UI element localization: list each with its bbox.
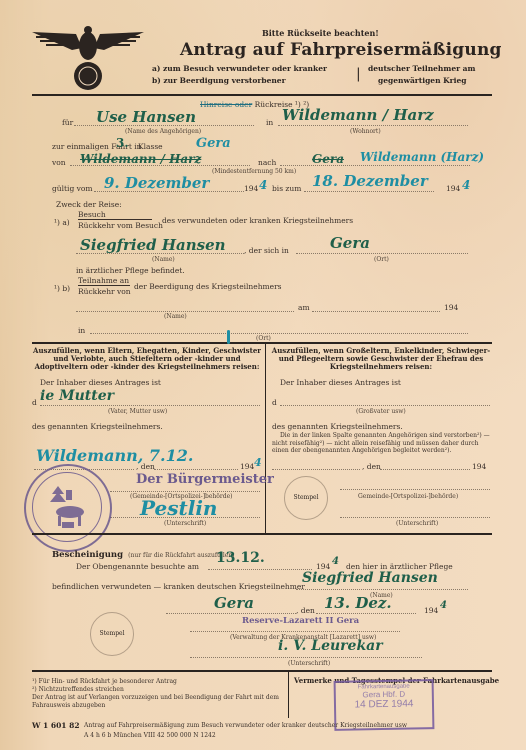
- care-text: in ärztlicher Pflege befindet.: [76, 266, 185, 275]
- funeral-year: 194: [444, 303, 458, 312]
- purpose-b-text: der Beerdigung des Kriegsteilnehmers: [134, 282, 282, 291]
- brace-symbol: |: [356, 62, 361, 86]
- column-divider: [265, 344, 266, 534]
- left-relation-caption: (Vater, Mutter usw): [108, 408, 167, 415]
- cert-line1-pre: Der Obengenannte besuchte am: [76, 562, 199, 571]
- year-from-prefix: 194: [244, 184, 258, 193]
- purpose-b-top: Teilnahme an: [78, 276, 130, 286]
- certification-title-row: Bescheinigung (nur für die Rückfahrt aus…: [52, 542, 235, 561]
- in-label: in: [266, 118, 273, 127]
- distance-caption: (Mindestentfernung 50 km): [212, 168, 296, 175]
- right-date-line[interactable]: [380, 468, 470, 470]
- right-authority-line[interactable]: [340, 488, 490, 490]
- subtitle-right-1: deutscher Teilnehmer am: [368, 64, 475, 73]
- left-authority-line: [110, 490, 260, 492]
- left-den-label: , den: [136, 462, 155, 471]
- nach-field[interactable]: Wildemann (Harz): [360, 150, 484, 164]
- nach-line: [280, 164, 470, 166]
- municipal-seal: [24, 464, 112, 552]
- left-holder-text: Der Inhaber dieses Antrages ist: [40, 378, 161, 387]
- cert-signature-line: [190, 656, 422, 658]
- hospital-stamp: Reserve-Lazarett II Gera: [242, 616, 359, 626]
- year-to-field[interactable]: 4: [462, 178, 470, 192]
- place-field[interactable]: Gera: [330, 234, 370, 252]
- left-year: 194: [240, 462, 254, 471]
- cert-stamp-circle: Stempel: [90, 612, 134, 656]
- von-field[interactable]: Gera: [196, 136, 231, 151]
- left-year-field[interactable]: 4: [254, 456, 262, 469]
- cert-place-line: [166, 612, 296, 614]
- nach-label: nach: [258, 158, 276, 167]
- valid-from-field[interactable]: 9. Dezember: [104, 174, 209, 192]
- purpose-a-bottom: Rückkehr vom Besuch: [78, 221, 163, 230]
- left-soldier-text: des genannten Kriegsteilnehmers.: [32, 422, 163, 431]
- right-stamp-label: Stempel: [285, 494, 327, 501]
- left-relation-field[interactable]: ie Mutter: [40, 388, 114, 404]
- purpose-a-marker: ¹) a): [54, 218, 70, 227]
- fuer-label: für: [62, 118, 73, 127]
- footnote-1: ¹) Für Hin- und Rückfahrt je besonderer …: [32, 678, 284, 686]
- funeral-place-caption: (Ort): [256, 335, 271, 342]
- funeral-date-line[interactable]: [312, 310, 440, 312]
- residence-field[interactable]: Wildemann / Harz: [282, 106, 434, 124]
- cert-stamp-label: Stempel: [91, 630, 133, 637]
- left-place-date-field[interactable]: Wildemann, 7.12.: [36, 446, 193, 465]
- nach-struck: Gera: [312, 152, 344, 166]
- der-sich-in-label: , der sich in: [244, 246, 289, 255]
- purpose-label: Zweck der Reise:: [56, 200, 122, 209]
- cert-date-field[interactable]: 13. Dez.: [324, 594, 392, 612]
- cert-den-label: , den: [296, 606, 315, 615]
- von-struck: Wildemann / Harz: [80, 152, 201, 166]
- soldier-name-field[interactable]: Siegfried Hansen: [80, 236, 226, 254]
- visit-date-line: [208, 568, 312, 570]
- right-place-line[interactable]: [272, 468, 360, 470]
- cert-signature-caption: (Unterschrift): [288, 660, 330, 667]
- valid-to-line: [304, 190, 434, 192]
- left-relation-prefix: d: [32, 398, 37, 407]
- right-relation-caption: (Großvater usw): [356, 408, 406, 415]
- left-date-line: [154, 468, 238, 470]
- form-description: Antrag auf Fahrpreisermäßigung zum Besuc…: [84, 722, 407, 729]
- valid-to-label: bis zum: [272, 184, 301, 193]
- residence-caption: (Wohnort): [350, 128, 381, 135]
- class-label-post: Klasse: [138, 142, 163, 151]
- right-authority-caption: Gemeinde-[Ortspolizei-]behörde): [358, 493, 458, 500]
- right-column-heading: Auszufüllen, wenn Großeltern, Enkelkinde…: [270, 347, 492, 371]
- footnote-3: Der Antrag ist auf Verlangen vorzuzeigen…: [32, 694, 284, 710]
- header-divider: [32, 94, 492, 96]
- year-from-field[interactable]: 4: [259, 178, 267, 192]
- left-relation-line: [40, 404, 260, 406]
- residence-line: [278, 124, 468, 126]
- cert-admin-line: [190, 630, 400, 632]
- print-info: A 4 h 6 b München VIII 42 500 000 N 1242: [84, 732, 216, 739]
- left-signature-line: [110, 516, 260, 518]
- page-title: Antrag auf Fahrpreisermäßigung: [180, 40, 502, 60]
- footer-column-divider: [288, 672, 289, 718]
- subtitle-right-2: gegenwärtigen Krieg: [378, 76, 466, 85]
- right-signature-line[interactable]: [340, 516, 490, 518]
- footer-divider: [32, 670, 492, 672]
- mayor-stamp: Der Bürgermeister: [136, 472, 274, 487]
- year-to-prefix: 194: [446, 184, 460, 193]
- cert-date-line: [316, 612, 416, 614]
- footer-notes: ¹) Für Hin- und Rückfahrt je besonderer …: [32, 678, 284, 710]
- deceased-name-line[interactable]: [76, 310, 294, 312]
- trip-type-struck: Hinreise oder: [200, 100, 252, 109]
- right-den-label: , den: [362, 462, 381, 471]
- name-caption: (Name des Angehörigen): [125, 128, 201, 135]
- deceased-name-caption: (Name): [164, 313, 187, 320]
- cert-year2-prefix: 194: [424, 606, 438, 615]
- cert-signature-field[interactable]: i. V. Leurekar: [278, 638, 383, 654]
- cert-year-field[interactable]: 4: [332, 556, 339, 567]
- right-relation-prefix: d: [272, 398, 277, 407]
- section-divider: [32, 342, 492, 344]
- horse-rider-icon: [46, 484, 90, 530]
- visit-date-field[interactable]: 13.12.: [216, 550, 265, 566]
- right-note: Die in der linken Spalte genannten Angeh…: [272, 432, 490, 455]
- subtitle-a: a) zum Besuch verwundeter oder kranker: [152, 64, 327, 73]
- cert-soldier-field[interactable]: Siegfried Hansen: [302, 570, 438, 586]
- ink-mark: [227, 330, 230, 344]
- cert-line2-pre: befindlichen verwundeten — kranken deuts…: [52, 582, 305, 591]
- class-field[interactable]: 3.: [116, 136, 129, 150]
- von-label: von: [52, 158, 66, 167]
- ticket-stamp-date: 14 DEZ 1944: [336, 698, 432, 711]
- purpose-b-bottom: Rückkehr von: [78, 287, 131, 296]
- cert-place-field[interactable]: Gera: [214, 594, 254, 612]
- right-relation-field[interactable]: [280, 404, 490, 406]
- certification-divider: [32, 533, 492, 535]
- cert-soldier-line: [296, 588, 468, 590]
- document-page: Bitte Rückseite beachten! Antrag auf Fah…: [0, 0, 526, 750]
- am-label: am: [298, 303, 310, 312]
- funeral-in-label: in: [78, 326, 85, 335]
- notice-text: Bitte Rückseite beachten!: [262, 28, 379, 38]
- right-stamp-circle: Stempel: [284, 476, 328, 520]
- place-line: [296, 252, 468, 254]
- left-column-heading: Auszufüllen, wenn Eltern, Ehegatten, Kin…: [32, 347, 262, 371]
- right-soldier-text: des genannten Kriegsteilnehmers.: [272, 422, 403, 431]
- funeral-place-line[interactable]: [90, 332, 468, 334]
- valid-to-field[interactable]: 18. Dezember: [312, 172, 428, 190]
- place-caption: (Ort): [374, 256, 389, 263]
- left-signature-caption: (Unterschrift): [164, 520, 206, 527]
- purpose-a-text: des verwundeten oder kranken Kriegsteiln…: [162, 216, 353, 225]
- right-holder-text: Der Inhaber dieses Antrages ist: [280, 378, 401, 387]
- eagle-emblem-icon: [32, 24, 144, 92]
- footnote-2: ²) Nichtzutreffendes streichen: [32, 686, 284, 694]
- right-signature-caption: (Unterschrift): [396, 520, 438, 527]
- purpose-b-marker: ¹) b): [54, 284, 70, 293]
- purpose-a-top: Besuch: [78, 210, 152, 220]
- form-number: W 1 601 82: [32, 721, 80, 730]
- applicant-name-field[interactable]: Use Hansen: [96, 108, 196, 126]
- certification-title: Bescheinigung: [52, 550, 123, 560]
- soldier-name-caption: (Name): [152, 256, 175, 263]
- subtitle-b: b) zur Beerdigung verstorbener: [152, 76, 286, 85]
- valid-from-label: gültig vom: [52, 184, 93, 193]
- right-year: 194: [472, 462, 486, 471]
- cert-year2-field[interactable]: 4: [440, 600, 447, 611]
